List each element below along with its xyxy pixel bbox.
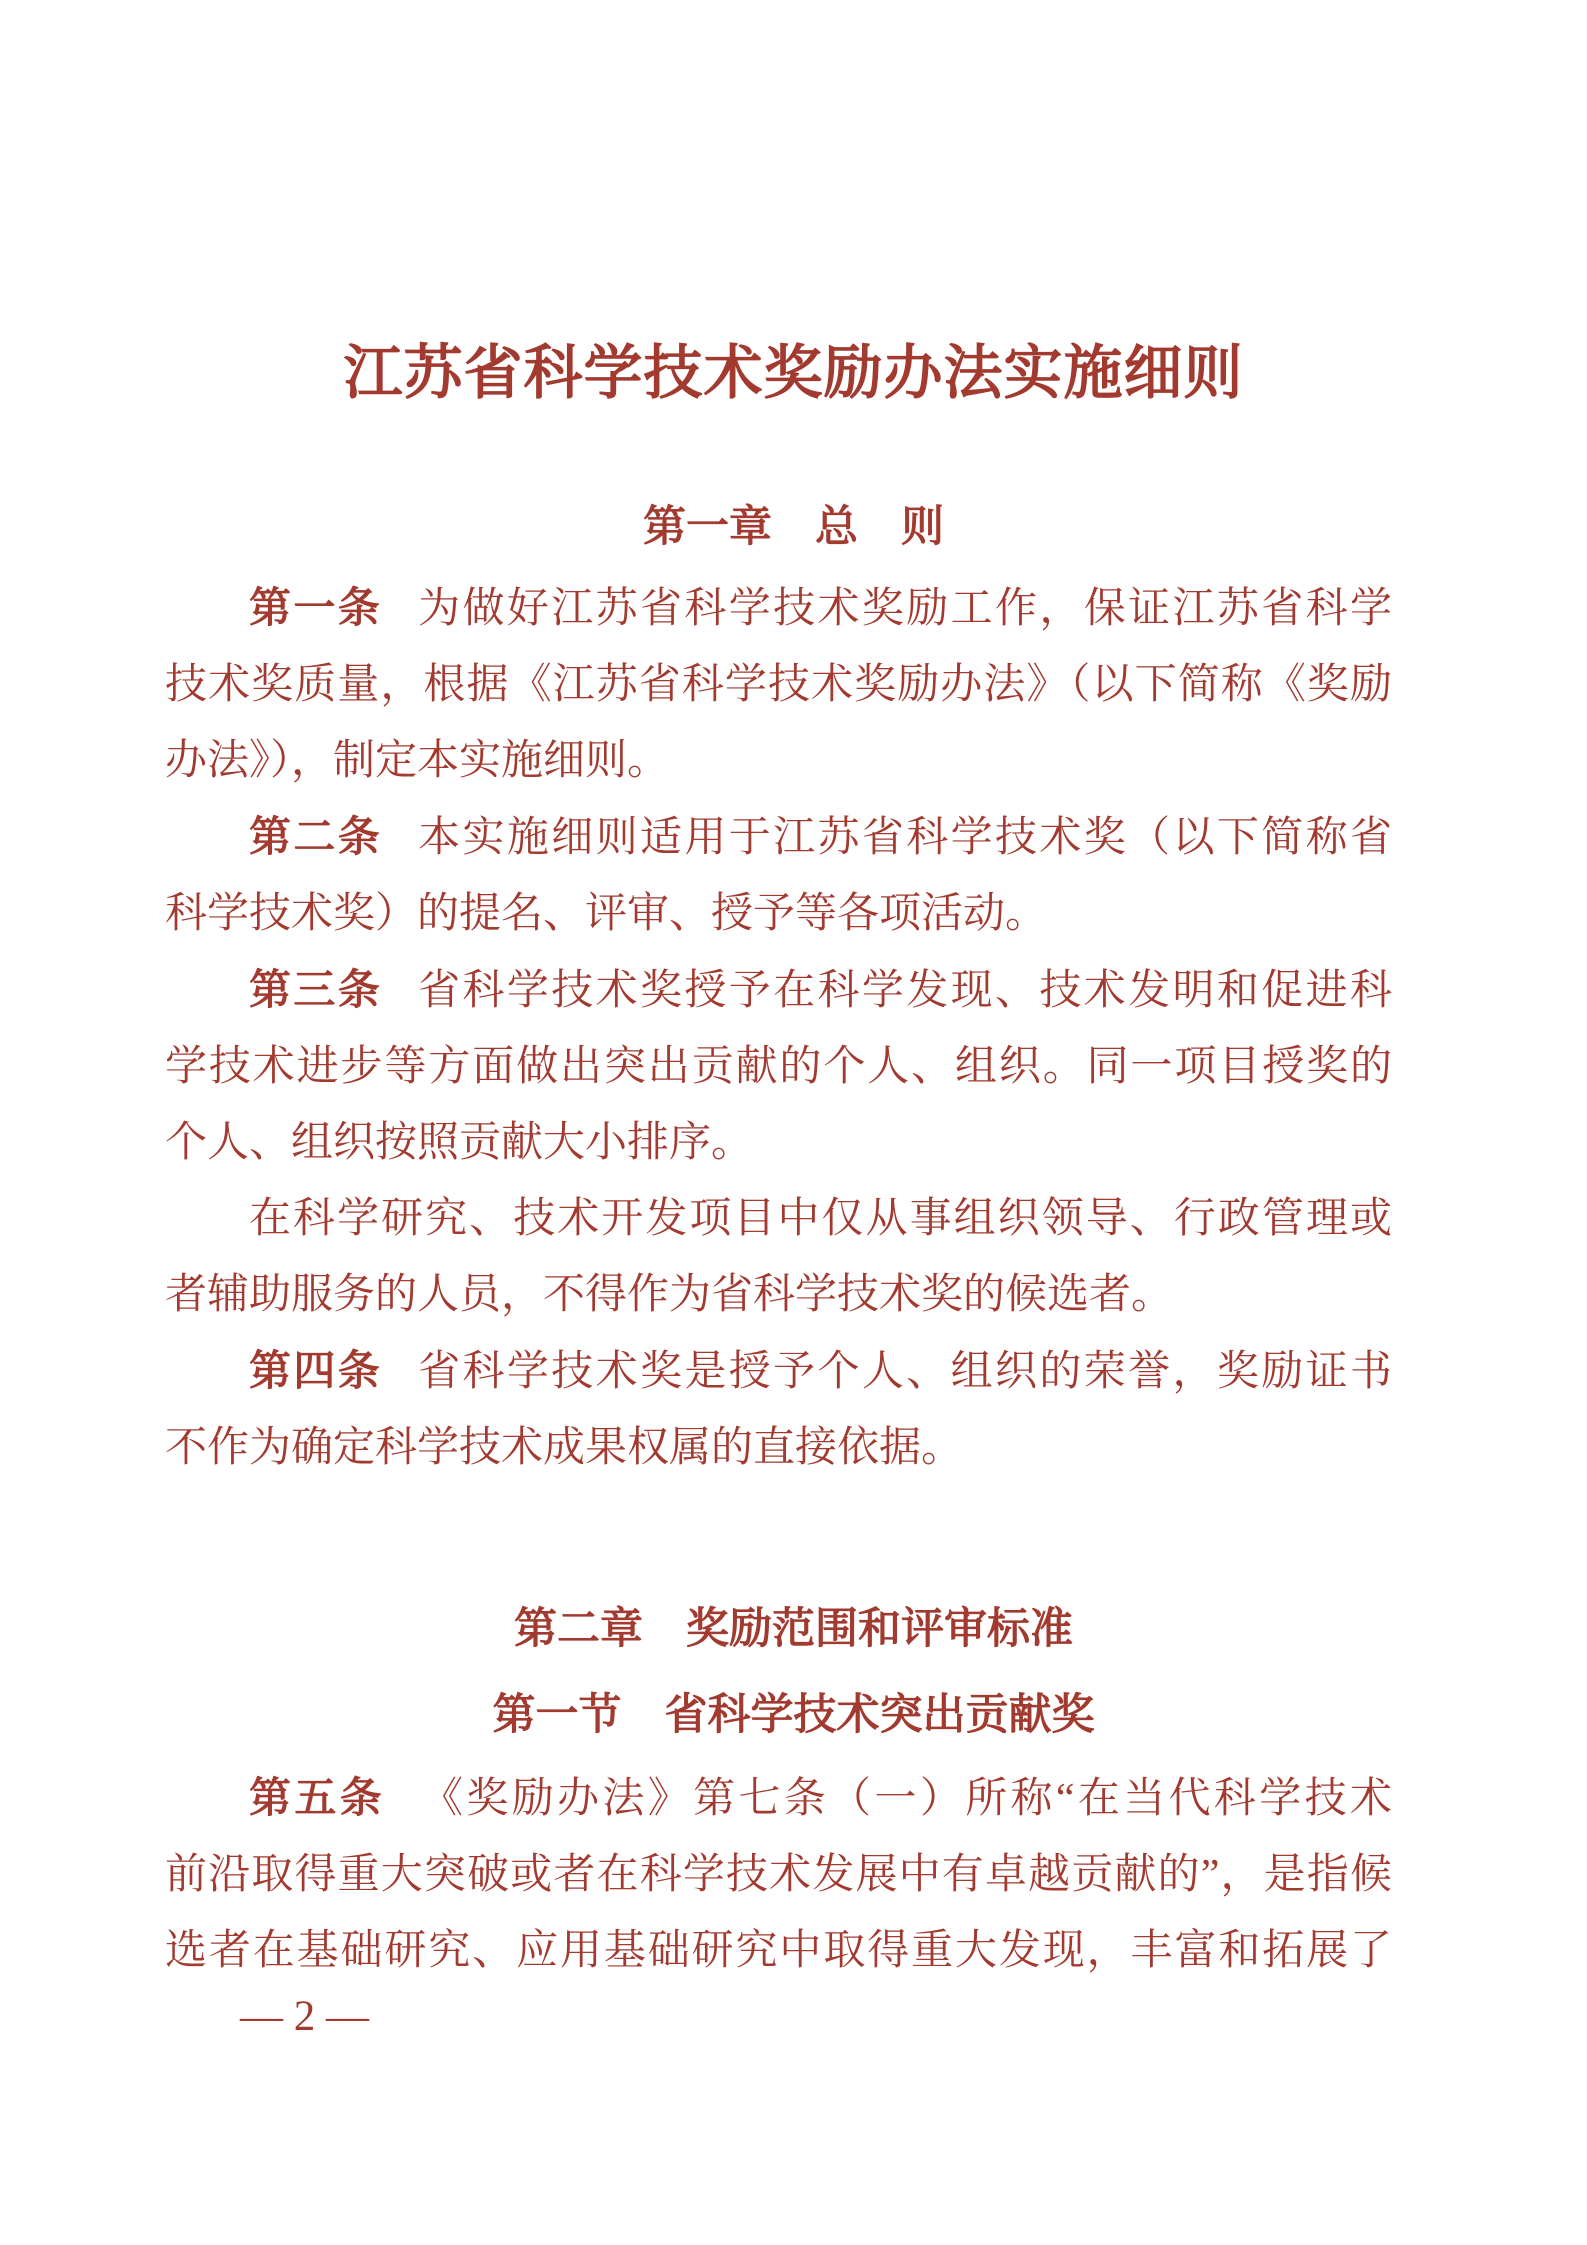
body-line: 个人、组织按照贡献大小排序。: [165, 1105, 1422, 1181]
body-line-text: 省科学技术奖授予在科学发现、技术发明和促进科: [418, 968, 1392, 1014]
body-line-text: 办法》），制定本实施细则。: [165, 738, 669, 784]
body-line: 者辅助服务的人员，不得作为省科学技术奖的候选者。: [165, 1257, 1422, 1333]
document-content: 江苏省科学技术奖励办法实施细则 第一章 总 则 第一条为做好江苏省科学技术奖励工…: [0, 342, 1587, 1989]
body-line-text: 在科学研究、技术开发项目中仅从事组织领导、行政管理或: [249, 1196, 1392, 1242]
body-line-text: 个人、组织按照贡献大小排序。: [165, 1120, 753, 1166]
page-number: — 2 —: [240, 1994, 369, 2040]
chapter-2-heading: 第二章 奖励范围和评审标准: [165, 1606, 1422, 1652]
body-line: 第四条省科学技术奖是授予个人、组织的荣誉，奖励证书: [165, 1333, 1422, 1410]
body-line: 不作为确定科学技术成果权属的直接依据。: [165, 1410, 1422, 1486]
body-line-text: 学技术进步等方面做出突出贡献的个人、组织。同一项目授奖的: [165, 1044, 1392, 1090]
section-1-heading: 第一节 省科学技术突出贡献奖: [165, 1692, 1422, 1738]
body-line: 前沿取得重大突破或者在科学技术发展中有卓越贡献的”，是指候: [165, 1837, 1422, 1913]
body-line: 技术奖质量，根据《江苏省科学技术奖励办法》（以下简称《奖励: [165, 647, 1422, 723]
body-line: 第一条为做好江苏省科学技术奖励工作，保证江苏省科学: [165, 570, 1422, 647]
document-title: 江苏省科学技术奖励办法实施细则: [165, 342, 1422, 404]
article-4-lead: 第四条: [249, 1347, 382, 1394]
body-line-text: 不作为确定科学技术成果权属的直接依据。: [165, 1425, 963, 1471]
article-1-lead: 第一条: [249, 584, 382, 631]
body-line-text: 前沿取得重大突破或者在科学技术发展中有卓越贡献的”，是指候: [165, 1852, 1392, 1898]
body-line: 学技术进步等方面做出突出贡献的个人、组织。同一项目授奖的: [165, 1029, 1422, 1105]
body-line: 在科学研究、技术开发项目中仅从事组织领导、行政管理或: [165, 1181, 1422, 1257]
body-line-text: 为做好江苏省科学技术奖励工作，保证江苏省科学: [418, 586, 1392, 632]
body-line-text: 选者在基础研究、应用基础研究中取得重大发现，丰富和拓展了: [165, 1928, 1392, 1974]
chapter-1-heading: 第一章 总 则: [165, 504, 1422, 550]
body-line: 科学技术奖）的提名、评审、授予等各项活动。: [165, 876, 1422, 952]
document-page: 江苏省科学技术奖励办法实施细则 第一章 总 则 第一条为做好江苏省科学技术奖励工…: [0, 0, 1587, 2245]
body-line-text: 本实施细则适用于江苏省科学技术奖（以下简称省: [418, 815, 1392, 861]
body-line: 选者在基础研究、应用基础研究中取得重大发现，丰富和拓展了: [165, 1913, 1422, 1989]
article-3-lead: 第三条: [249, 966, 382, 1013]
body-line: 办法》），制定本实施细则。: [165, 723, 1422, 799]
body-line: 第三条省科学技术奖授予在科学发现、技术发明和促进科: [165, 952, 1422, 1029]
body-line-text: 技术奖质量，根据《江苏省科学技术奖励办法》（以下简称《奖励: [165, 662, 1392, 708]
body-line-text: 省科学技术奖是授予个人、组织的荣誉，奖励证书: [418, 1349, 1392, 1395]
section-1-body: 第五条《奖励办法》第七条（一）所称“在当代科学技术 前沿取得重大突破或者在科学技…: [165, 1760, 1422, 1989]
article-2-lead: 第二条: [249, 813, 382, 860]
body-line: 第二条本实施细则适用于江苏省科学技术奖（以下简称省: [165, 799, 1422, 876]
body-line-text: 《奖励办法》第七条（一）所称“在当代科学技术: [421, 1776, 1392, 1822]
body-line-text: 科学技术奖）的提名、评审、授予等各项活动。: [165, 891, 1047, 937]
body-line-text: 者辅助服务的人员，不得作为省科学技术奖的候选者。: [165, 1272, 1173, 1318]
article-5-lead: 第五条: [249, 1774, 385, 1821]
body-line: 第五条《奖励办法》第七条（一）所称“在当代科学技术: [165, 1760, 1422, 1837]
chapter-1-body: 第一条为做好江苏省科学技术奖励工作，保证江苏省科学 技术奖质量，根据《江苏省科学…: [165, 570, 1422, 1486]
